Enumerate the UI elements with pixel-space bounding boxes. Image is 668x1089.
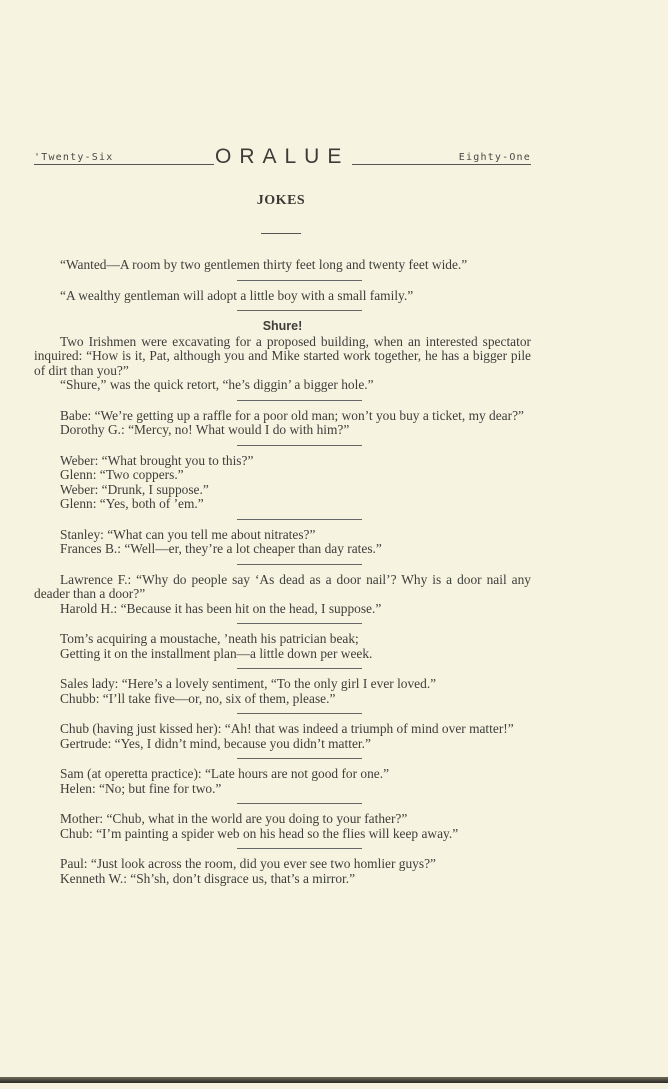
joke-line: Kenneth W.: “Sh’sh, don’t disgrace us, t… bbox=[34, 872, 531, 887]
joke-line: “Shure,” was the quick retort, “he’s dig… bbox=[34, 378, 531, 393]
title-rule bbox=[261, 233, 301, 234]
joke-line: Weber: “What brought you to this?” bbox=[34, 454, 531, 469]
joke-line: “A wealthy gentleman will adopt a little… bbox=[34, 289, 531, 304]
header-year: 'Twenty-Six bbox=[34, 152, 113, 163]
joke-line: Sam (at operetta practice): “Late hours … bbox=[34, 767, 531, 782]
joke-separator bbox=[237, 623, 362, 624]
joke: Paul: “Just look across the room, did yo… bbox=[34, 857, 531, 886]
joke: Chub (having just kissed her): “Ah! that… bbox=[34, 722, 531, 751]
book-page: 'Twenty-Six ORALUE Eighty-One JOKES “Wan… bbox=[0, 0, 668, 1083]
header-page-number: Eighty-One bbox=[459, 152, 531, 163]
joke: Mother: “Chub, what in the world are you… bbox=[34, 812, 531, 841]
joke-line: Helen: “No; but fine for two.” bbox=[34, 782, 531, 797]
joke-separator bbox=[237, 564, 362, 565]
joke-line: Chub (having just kissed her): “Ah! that… bbox=[34, 722, 531, 737]
joke-line: Frances B.: “Well—er, they’re a lot chea… bbox=[34, 542, 531, 557]
joke-line: Mother: “Chub, what in the world are you… bbox=[34, 812, 531, 827]
joke: Tom’s acquiring a moustache, ’neath his … bbox=[34, 632, 531, 661]
joke-separator bbox=[237, 310, 362, 311]
joke-line: Glenn: “Two coppers.” bbox=[34, 468, 531, 483]
joke-line: Babe: “We’re getting up a raffle for a p… bbox=[34, 409, 531, 424]
joke-separator bbox=[237, 445, 362, 446]
joke-separator bbox=[237, 713, 362, 714]
joke-line: Tom’s acquiring a moustache, ’neath his … bbox=[34, 632, 531, 647]
joke-line: Weber: “Drunk, I suppose.” bbox=[34, 483, 531, 498]
header-rule-left bbox=[34, 164, 214, 165]
joke: Weber: “What brought you to this?”Glenn:… bbox=[34, 454, 531, 512]
section-title: JOKES bbox=[0, 193, 562, 209]
joke-line: Glenn: “Yes, both of ’em.” bbox=[34, 497, 531, 512]
joke-line: “Wanted—A room by two gentlemen thirty f… bbox=[34, 258, 531, 273]
running-header: 'Twenty-Six ORALUE Eighty-One bbox=[34, 147, 531, 167]
joke-line: Chub: “I’m painting a spider web on his … bbox=[34, 827, 531, 842]
joke-line: Getting it on the installment plan—a lit… bbox=[34, 647, 531, 662]
joke-separator bbox=[237, 519, 362, 520]
joke: Sales lady: “Here’s a lovely sentiment, … bbox=[34, 677, 531, 706]
joke-heading: Shure! bbox=[34, 319, 531, 334]
joke-line: Two Irishmen were excavating for a propo… bbox=[34, 335, 531, 379]
joke: Lawrence F.: “Why do people say ‘As dead… bbox=[34, 573, 531, 617]
joke-separator bbox=[237, 803, 362, 804]
joke: Babe: “We’re getting up a raffle for a p… bbox=[34, 409, 531, 438]
joke-line: Lawrence F.: “Why do people say ‘As dead… bbox=[34, 573, 531, 602]
joke: Sam (at operetta practice): “Late hours … bbox=[34, 767, 531, 796]
joke-separator bbox=[237, 848, 362, 849]
joke-separator bbox=[237, 280, 362, 281]
joke-line: Stanley: “What can you tell me about nit… bbox=[34, 528, 531, 543]
header-rule-right bbox=[352, 164, 531, 165]
page-edge bbox=[0, 1077, 668, 1083]
joke: Stanley: “What can you tell me about nit… bbox=[34, 528, 531, 557]
joke-line: Sales lady: “Here’s a lovely sentiment, … bbox=[34, 677, 531, 692]
joke-separator bbox=[237, 668, 362, 669]
joke: “A wealthy gentleman will adopt a little… bbox=[34, 289, 531, 304]
joke-line: Gertrude: “Yes, I didn’t mind, because y… bbox=[34, 737, 531, 752]
joke-separator bbox=[237, 400, 362, 401]
joke-line: Dorothy G.: “Mercy, no! What would I do … bbox=[34, 423, 531, 438]
joke: Shure!Two Irishmen were excavating for a… bbox=[34, 319, 531, 393]
joke-line: Harold H.: “Because it has been hit on t… bbox=[34, 602, 531, 617]
header-title: ORALUE bbox=[215, 145, 349, 169]
joke-separator bbox=[237, 758, 362, 759]
joke-line: Paul: “Just look across the room, did yo… bbox=[34, 857, 531, 872]
joke-line: Chubb: “I’ll take five—or, no, six of th… bbox=[34, 692, 531, 707]
jokes-list: “Wanted—A room by two gentlemen thirty f… bbox=[34, 258, 531, 886]
joke: “Wanted—A room by two gentlemen thirty f… bbox=[34, 258, 531, 273]
